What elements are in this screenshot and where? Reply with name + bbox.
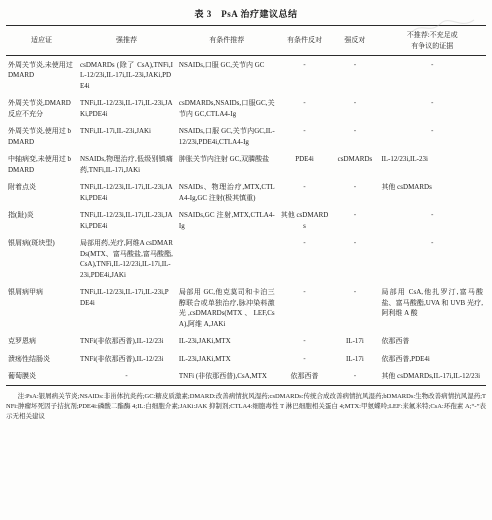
table-cell: - xyxy=(278,333,332,351)
table-cell: - xyxy=(278,95,332,123)
table-cell: csDMARDs xyxy=(331,151,378,179)
column-header: 强推荐 xyxy=(77,26,176,56)
table-cell: - xyxy=(278,284,332,333)
table-cell: 外周关节炎,使用过 bDMARD xyxy=(6,123,77,151)
paper-table-page: 表 3 PsA 治疗建议总结 适应证强推荐有条件推荐有条件反对强反对不推荐:不充… xyxy=(0,0,492,520)
table-cell: 银屑病甲病 xyxy=(6,284,77,333)
table-cell: - xyxy=(378,207,486,235)
column-header: 强反对 xyxy=(331,26,378,56)
table-cell: 局部用 GC,他克莫司和卡泊三醇联合或单独治疗,脉冲染料激光,csDMARDs(… xyxy=(176,284,278,333)
table-cell: 外周关节炎,未使用过 DMARD xyxy=(6,56,77,95)
table-cell xyxy=(176,235,278,284)
table-cell: - xyxy=(378,56,486,95)
table-cell: - xyxy=(331,179,378,207)
table-cell: 中轴病变,未使用过 bDMARD xyxy=(6,151,77,179)
table-cell: - xyxy=(278,123,332,151)
table-cell: IL-17i xyxy=(331,350,378,368)
table-row: 外周关节炎,未使用过 DMARDcsDMARDs (除了 CsA),TNFi,I… xyxy=(6,56,486,95)
table-cell: - xyxy=(378,123,486,151)
column-header: 不推荐:不充足或 有争议的证据 xyxy=(378,26,486,56)
table-cell: - xyxy=(378,235,486,284)
table-cell: TNFi,IL-12/23i,IL-17i,IL-23i,JAKi,PDE4i xyxy=(77,179,176,207)
table-cell: 局部用药,光疗,阿维A csDMARDs(MTX、富马酸盐,富马酸酯,CsA),… xyxy=(77,235,176,284)
table-cell: 其他 csDMARDs,IL-17i,IL-12/23i xyxy=(378,368,486,386)
table-cell: - xyxy=(278,235,332,284)
table-cell: csDMARDs (除了 CsA),TNFi,IL-12/23i,IL-17i,… xyxy=(77,56,176,95)
column-header: 适应证 xyxy=(6,26,77,56)
table-cell: 葡萄膜炎 xyxy=(6,368,77,386)
table-row: 克罗恩病TNFi(非依那西普),IL-12/23iIL-23i,JAKi,MTX… xyxy=(6,333,486,351)
table-cell: TNFi,IL-12/23i,IL-17i,IL-23i,JAKi,PDE4i xyxy=(77,95,176,123)
table-cell: NSAIDs,口服 GC,关节内 GC xyxy=(176,56,278,95)
recommendation-table: 适应证强推荐有条件推荐有条件反对强反对不推荐:不充足或 有争议的证据 外周关节炎… xyxy=(6,25,486,386)
table-cell: - xyxy=(331,235,378,284)
table-cell: PDE4i xyxy=(278,151,332,179)
table-cell: - xyxy=(331,56,378,95)
table-cell: TNFi(非依那西普),IL-12/23i xyxy=(77,350,176,368)
table-cell: - xyxy=(278,56,332,95)
table-cell: 指(趾)炎 xyxy=(6,207,77,235)
table-cell: NSAIDs、物理治疗,MTX,CTLA4-Ig,GC 注射(极其慎重) xyxy=(176,179,278,207)
table-cell: 其他 csDMARDs xyxy=(378,179,486,207)
table-cell: IL-17i xyxy=(331,333,378,351)
table-cell: 局部用 CsA,他扎罗汀,富马酸盐、富马酸酯,UVA 和 UVB 光疗,阿利维 … xyxy=(378,284,486,333)
table-cell: 依那西普 xyxy=(378,333,486,351)
table-row: 银屑病(斑块型)局部用药,光疗,阿维A csDMARDs(MTX、富马酸盐,富马… xyxy=(6,235,486,284)
table-row: 外周关节炎,使用过 bDMARDTNFi,IL-17i,IL-23i,JAKiN… xyxy=(6,123,486,151)
table-cell: NSAIDs,物理治疗,低级别镇痛药,TNFi,IL-17i,JAKi xyxy=(77,151,176,179)
table-cell: - xyxy=(378,95,486,123)
column-header: 有条件反对 xyxy=(278,26,332,56)
table-cell: 克罗恩病 xyxy=(6,333,77,351)
table-cell: - xyxy=(278,350,332,368)
table-footnote: 注:PsA:银屑病关节炎;NSAIDs:非甾体抗炎药;GC:糖皮质激素;DMAR… xyxy=(6,392,486,422)
table-row: 葡萄膜炎-TNFi (非依那西普),CsA,MTX依那西普-其他 csDMARD… xyxy=(6,368,486,386)
table-cell: - xyxy=(331,95,378,123)
table-cell: 外周关节炎,DMARD 反应不充分 xyxy=(6,95,77,123)
table-row: 指(趾)炎TNFi,IL-12/23i,IL-17i,IL-23i,JAKi,P… xyxy=(6,207,486,235)
table-cell: - xyxy=(77,368,176,386)
table-row: 银屑病甲病TNFi,IL-12/23i,IL-17i,IL-23i,PDE4i局… xyxy=(6,284,486,333)
table-cell: csDMARDs,NSAIDs,口服GC,关节内 GC,CTLA4-Ig xyxy=(176,95,278,123)
table-title: 表 3 PsA 治疗建议总结 xyxy=(6,3,486,25)
table-cell: - xyxy=(331,207,378,235)
header-row: 适应证强推荐有条件推荐有条件反对强反对不推荐:不充足或 有争议的证据 xyxy=(6,26,486,56)
table-header: 适应证强推荐有条件推荐有条件反对强反对不推荐:不充足或 有争议的证据 xyxy=(6,26,486,56)
table-cell: 肿胀关节内注射 GC,双膦酸盐 xyxy=(176,151,278,179)
table-cell: IL-12/23i,IL-23i xyxy=(378,151,486,179)
table-row: 外周关节炎,DMARD 反应不充分TNFi,IL-12/23i,IL-17i,I… xyxy=(6,95,486,123)
table-cell: - xyxy=(331,123,378,151)
table-cell: 其他 csDMARDs xyxy=(278,207,332,235)
table-cell: NSAIDs,口服 GC,关节内GC,IL-12/23i,PDE4i,CTLA4… xyxy=(176,123,278,151)
table-cell: - xyxy=(278,179,332,207)
table-cell: TNFi,IL-12/23i,IL-17i,IL-23i,PDE4i xyxy=(77,284,176,333)
table-cell: 依那西普,PDE4i xyxy=(378,350,486,368)
table-row: 溃疡性结肠炎TNFi(非依那西普),IL-12/23iIL-23i,JAKi,M… xyxy=(6,350,486,368)
table-cell: - xyxy=(331,368,378,386)
table-cell: 依那西普 xyxy=(278,368,332,386)
table-cell: TNFi(非依那西普),IL-12/23i xyxy=(77,333,176,351)
table-cell: NSAIDs,GC 注射,MTX,CTLA4-Ig xyxy=(176,207,278,235)
table-cell: 附着点炎 xyxy=(6,179,77,207)
table-cell: TNFi (非依那西普),CsA,MTX xyxy=(176,368,278,386)
table-cell: - xyxy=(331,284,378,333)
table-cell: 溃疡性结肠炎 xyxy=(6,350,77,368)
table-cell: IL-23i,JAKi,MTX xyxy=(176,350,278,368)
table-cell: TNFi,IL-17i,IL-23i,JAKi xyxy=(77,123,176,151)
table-cell: IL-23i,JAKi,MTX xyxy=(176,333,278,351)
column-header: 有条件推荐 xyxy=(176,26,278,56)
table-cell: 银屑病(斑块型) xyxy=(6,235,77,284)
table-row: 中轴病变,未使用过 bDMARDNSAIDs,物理治疗,低级别镇痛药,TNFi,… xyxy=(6,151,486,179)
table-cell: TNFi,IL-12/23i,IL-17i,IL-23i,JAKi,PDE4i xyxy=(77,207,176,235)
table-body: 外周关节炎,未使用过 DMARDcsDMARDs (除了 CsA),TNFi,I… xyxy=(6,56,486,386)
table-row: 附着点炎TNFi,IL-12/23i,IL-17i,IL-23i,JAKi,PD… xyxy=(6,179,486,207)
